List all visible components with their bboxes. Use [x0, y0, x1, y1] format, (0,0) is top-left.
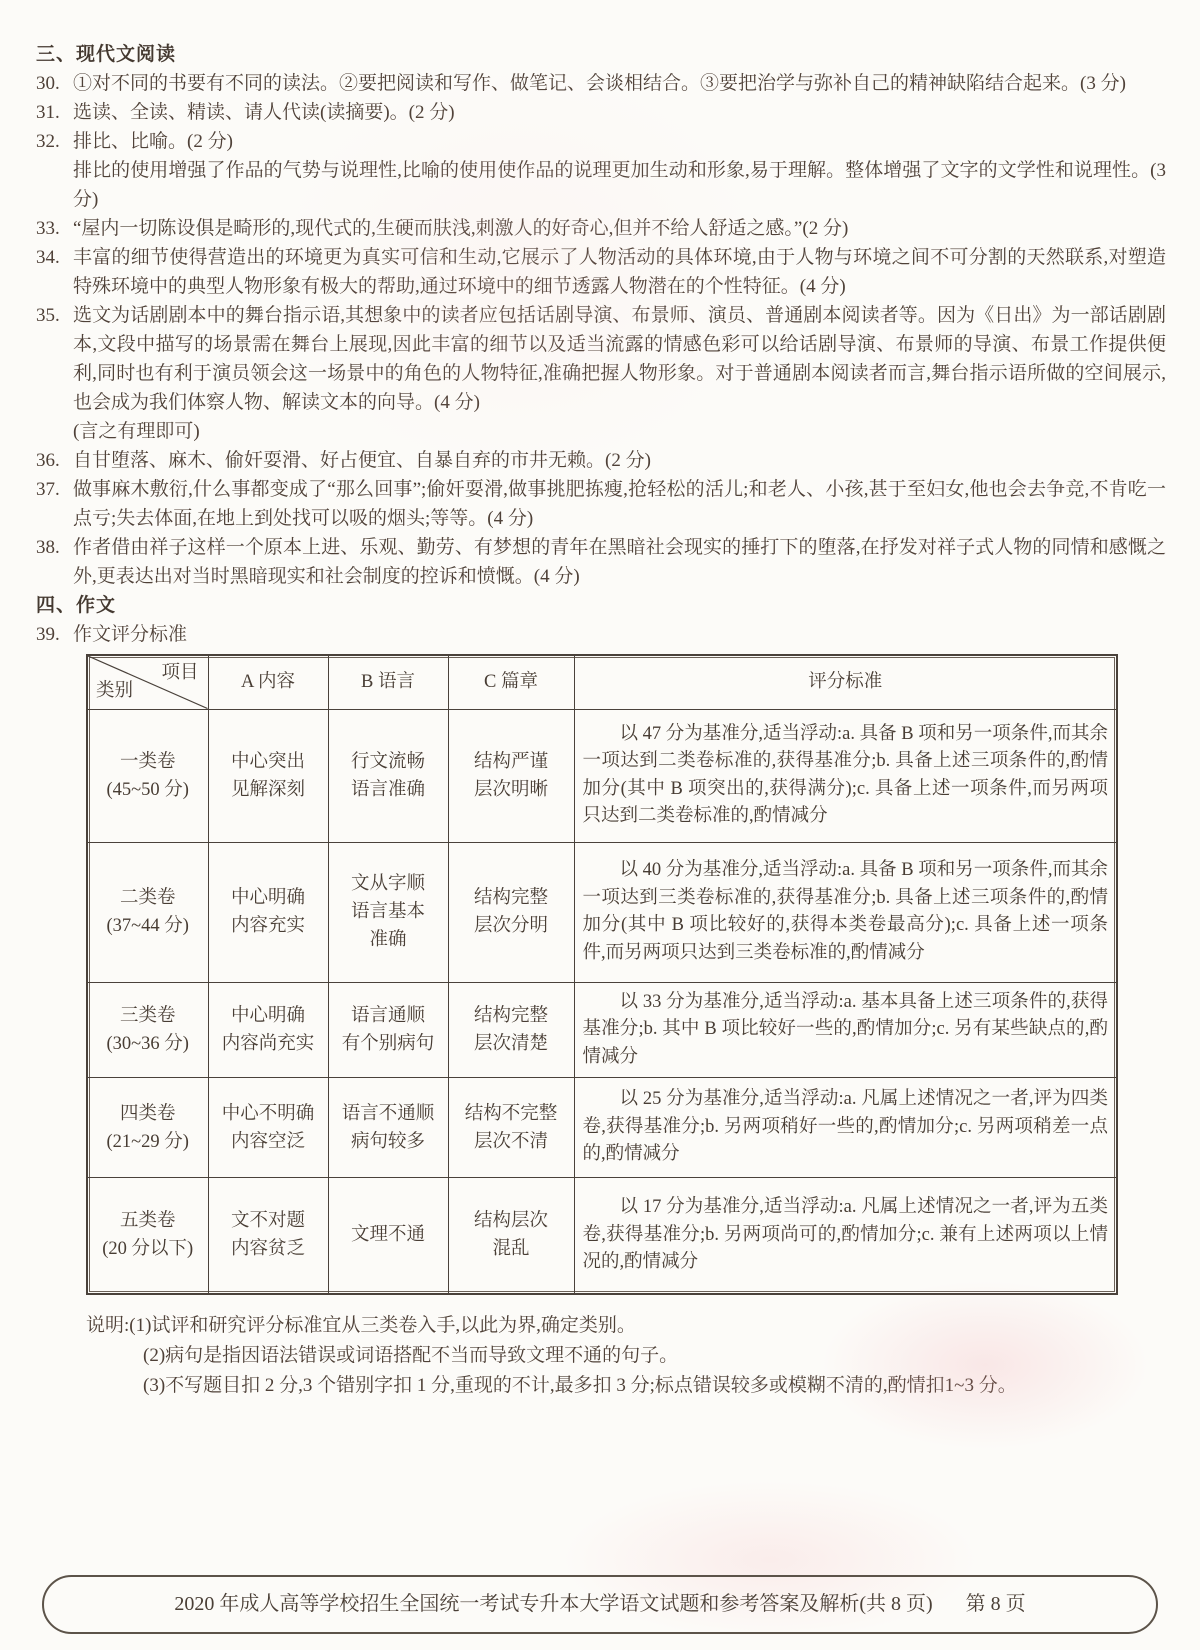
language-cell: 行文流畅 语言准确	[328, 709, 448, 842]
criteria-cell: 以 25 分为基准分,适当浮动:a. 凡属上述情况之一者,评为四类卷,获得基准分…	[574, 1078, 1117, 1178]
language-cell: 文从字顺 语言基本 准确	[328, 842, 448, 982]
answer-text: ①对不同的书要有不同的读法。②要把阅读和写作、做笔记、会谈相结合。③要把治学与弥…	[73, 69, 1166, 98]
answer-number: 37.	[36, 475, 73, 533]
answer-text-continued: 排比的使用增强了作品的气势与说理性,比喻的使用使作品的说理更加生动和形象,易于理…	[73, 156, 1166, 214]
answer-text: 作文评分标准	[73, 620, 187, 649]
note-text: (1)试评和研究评分标准宜从三类卷入手,以此为界,确定类别。	[129, 1311, 636, 1341]
content-cell: 中心明确 内容充实	[208, 842, 328, 982]
scanned-answer-page: 三、现代文阅读 30. ①对不同的书要有不同的读法。②要把阅读和写作、做笔记、会…	[0, 0, 1200, 1650]
structure-cell: 结构不完整 层次不清	[448, 1078, 574, 1178]
content-cell: 中心突出 见解深刻	[208, 709, 328, 842]
grade-cell: 五类卷(20 分以下)	[87, 1178, 208, 1294]
answer-item-34: 34. 丰富的细节使得营造出的环境更为真实可信和生动,它展示了人物活动的具体环境…	[36, 243, 1166, 301]
header-col-language: B 语言	[328, 655, 448, 709]
criteria-cell: 以 47 分为基准分,适当浮动:a. 具备 B 项和另一项条件,而其余一项达到二…	[574, 709, 1117, 842]
rubric-row-grade5: 五类卷(20 分以下) 文不对题 内容贫乏 文理不通 结构层次 混乱 以 17 …	[87, 1178, 1117, 1294]
page-footer: 2020 年成人高等学校招生全国统一考试专升本大学语文试题和参考答案及解析(共 …	[42, 1575, 1158, 1634]
structure-cell: 结构层次 混乱	[448, 1178, 574, 1294]
language-cell: 语言通顺 有个别病句	[328, 982, 448, 1078]
grade-name: 四类卷	[120, 1104, 176, 1124]
grade-range: (37~44 分)	[107, 916, 189, 936]
table-header-diagonal-cell: 项目 类别	[87, 655, 208, 709]
notes-label: 说明:	[86, 1311, 129, 1341]
rubric-row-grade2: 二类卷(37~44 分) 中心明确 内容充实 文从字顺 语言基本 准确 结构完整…	[87, 842, 1117, 982]
criteria-cell: 以 40 分为基准分,适当浮动:a. 具备 B 项和另一项条件,而其余一项达到三…	[574, 842, 1117, 982]
answer-item-37: 37. 做事麻木敷衍,什么事都变成了“那么回事”;偷奸耍滑,做事挑肥拣瘦,抢轻松…	[36, 475, 1166, 533]
note-line-2: (2)病句是指因语法错误或词语搭配不当而导致文理不通的句子。	[143, 1341, 1166, 1371]
answer-number: 33.	[36, 214, 73, 243]
grade-name: 二类卷	[120, 888, 176, 908]
answer-text: “屋内一切陈设俱是畸形的,现代式的,生硬而肤浅,刺激人的好奇心,但并不给人舒适之…	[73, 214, 1166, 243]
answer-item-30: 30. ①对不同的书要有不同的读法。②要把阅读和写作、做笔记、会谈相结合。③要把…	[36, 69, 1166, 98]
header-col-structure: C 篇章	[448, 655, 574, 709]
note-line-3: (3)不写题目扣 2 分,3 个错别字扣 1 分,重现的不计,最多扣 3 分;标…	[143, 1371, 1133, 1401]
grade-range: (20 分以下)	[102, 1239, 193, 1259]
answer-text: 排比、比喻。(2 分)	[73, 127, 1166, 156]
answer-number: 30.	[36, 69, 73, 98]
answer-text: 作者借由祥子这样一个原本上进、乐观、勤劳、有梦想的青年在黑暗社会现实的捶打下的堕…	[73, 533, 1166, 591]
answer-item-32: 32. 排比、比喻。(2 分) 排比的使用增强了作品的气势与说理性,比喻的使用使…	[36, 127, 1166, 214]
answer-item-31: 31. 选读、全读、精读、请人代读(读摘要)。(2 分)	[36, 98, 1166, 127]
language-cell: 语言不通顺 病句较多	[328, 1078, 448, 1178]
header-col-criteria: 评分标准	[574, 655, 1117, 709]
footer-title: 2020 年成人高等学校招生全国统一考试专升本大学语文试题和参考答案及解析(共 …	[174, 1593, 932, 1615]
answer-item-38: 38. 作者借由祥子这样一个原本上进、乐观、勤劳、有梦想的青年在黑暗社会现实的捶…	[36, 533, 1166, 591]
answer-number: 32.	[36, 127, 73, 214]
rubric-row-grade1: 一类卷(45~50 分) 中心突出 见解深刻 行文流畅 语言准确 结构严谨 层次…	[87, 709, 1117, 842]
rubric-notes: 说明: (1)试评和研究评分标准宜从三类卷入手,以此为界,确定类别。 (2)病句…	[86, 1311, 1166, 1401]
grade-cell: 三类卷(30~36 分)	[87, 982, 208, 1078]
answer-item-36: 36. 自甘堕落、麻木、偷奸耍滑、好占便宜、自暴自弃的市井无赖。(2 分)	[36, 446, 1166, 475]
footer-page-number: 第 8 页	[966, 1593, 1026, 1615]
essay-scoring-rubric-table: 项目 类别 A 内容 B 语言 C 篇章 评分标准 一类卷(45~50 分) 中…	[86, 654, 1118, 1295]
table-header-row: 项目 类别 A 内容 B 语言 C 篇章 评分标准	[87, 655, 1117, 709]
content-cell: 文不对题 内容贫乏	[208, 1178, 328, 1294]
rubric-row-grade4: 四类卷(21~29 分) 中心不明确 内容空泛 语言不通顺 病句较多 结构不完整…	[87, 1078, 1117, 1178]
header-label-project: 项目	[161, 659, 198, 688]
header-col-content: A 内容	[208, 655, 328, 709]
grade-cell: 二类卷(37~44 分)	[87, 842, 208, 982]
structure-cell: 结构严谨 层次明晰	[448, 709, 574, 842]
grade-name: 一类卷	[120, 752, 176, 772]
page-content: 三、现代文阅读 30. ①对不同的书要有不同的读法。②要把阅读和写作、做笔记、会…	[0, 0, 1200, 1401]
grade-name: 五类卷	[120, 1211, 176, 1231]
structure-cell: 结构完整 层次清楚	[448, 982, 574, 1078]
criteria-cell: 以 33 分为基准分,适当浮动:a. 基本具备上述三项条件的,获得基准分;b. …	[574, 982, 1117, 1078]
answer-number: 38.	[36, 533, 73, 591]
answer-number: 34.	[36, 243, 73, 301]
header-label-category: 类别	[96, 677, 133, 706]
grade-name: 三类卷	[120, 1006, 176, 1026]
grade-range: (30~36 分)	[107, 1034, 189, 1054]
content-cell: 中心不明确 内容空泛	[208, 1078, 328, 1178]
section-heading-modern-reading: 三、现代文阅读	[36, 40, 1166, 69]
answer-number: 35.	[36, 301, 73, 446]
rubric-row-grade3: 三类卷(30~36 分) 中心明确 内容尚充实 语言通顺 有个别病句 结构完整 …	[87, 982, 1117, 1078]
criteria-cell: 以 17 分为基准分,适当浮动:a. 凡属上述情况之一者,评为五类卷,获得基准分…	[574, 1178, 1117, 1294]
section-heading-essay: 四、作文	[36, 591, 1166, 620]
content-cell: 中心明确 内容尚充实	[208, 982, 328, 1078]
structure-cell: 结构完整 层次分明	[448, 842, 574, 982]
answer-item-35: 35. 选文为话剧剧本中的舞台指示语,其想象中的读者应包括话剧导演、布景师、演员…	[36, 301, 1166, 446]
grade-range: (45~50 分)	[107, 780, 189, 800]
grade-range: (21~29 分)	[107, 1132, 189, 1152]
note-line-1: 说明: (1)试评和研究评分标准宜从三类卷入手,以此为界,确定类别。	[86, 1311, 1166, 1341]
grade-cell: 一类卷(45~50 分)	[87, 709, 208, 842]
answer-number: 39.	[36, 620, 73, 649]
answer-item-39: 39. 作文评分标准	[36, 620, 1166, 649]
answer-item-33: 33. “屋内一切陈设俱是畸形的,现代式的,生硬而肤浅,刺激人的好奇心,但并不给…	[36, 214, 1166, 243]
answer-text: 选文为话剧剧本中的舞台指示语,其想象中的读者应包括话剧导演、布景师、演员、普通剧…	[73, 301, 1166, 417]
answer-number: 36.	[36, 446, 73, 475]
language-cell: 文理不通	[328, 1178, 448, 1294]
answer-note: (言之有理即可)	[73, 417, 1166, 446]
answer-text: 做事麻木敷衍,什么事都变成了“那么回事”;偷奸耍滑,做事挑肥拣瘦,抢轻松的活儿;…	[73, 475, 1166, 533]
answer-text: 丰富的细节使得营造出的环境更为真实可信和生动,它展示了人物活动的具体环境,由于人…	[73, 243, 1166, 301]
answer-text: 自甘堕落、麻木、偷奸耍滑、好占便宜、自暴自弃的市井无赖。(2 分)	[73, 446, 1166, 475]
answer-number: 31.	[36, 98, 73, 127]
grade-cell: 四类卷(21~29 分)	[87, 1078, 208, 1178]
answer-text: 选读、全读、精读、请人代读(读摘要)。(2 分)	[73, 98, 1166, 127]
